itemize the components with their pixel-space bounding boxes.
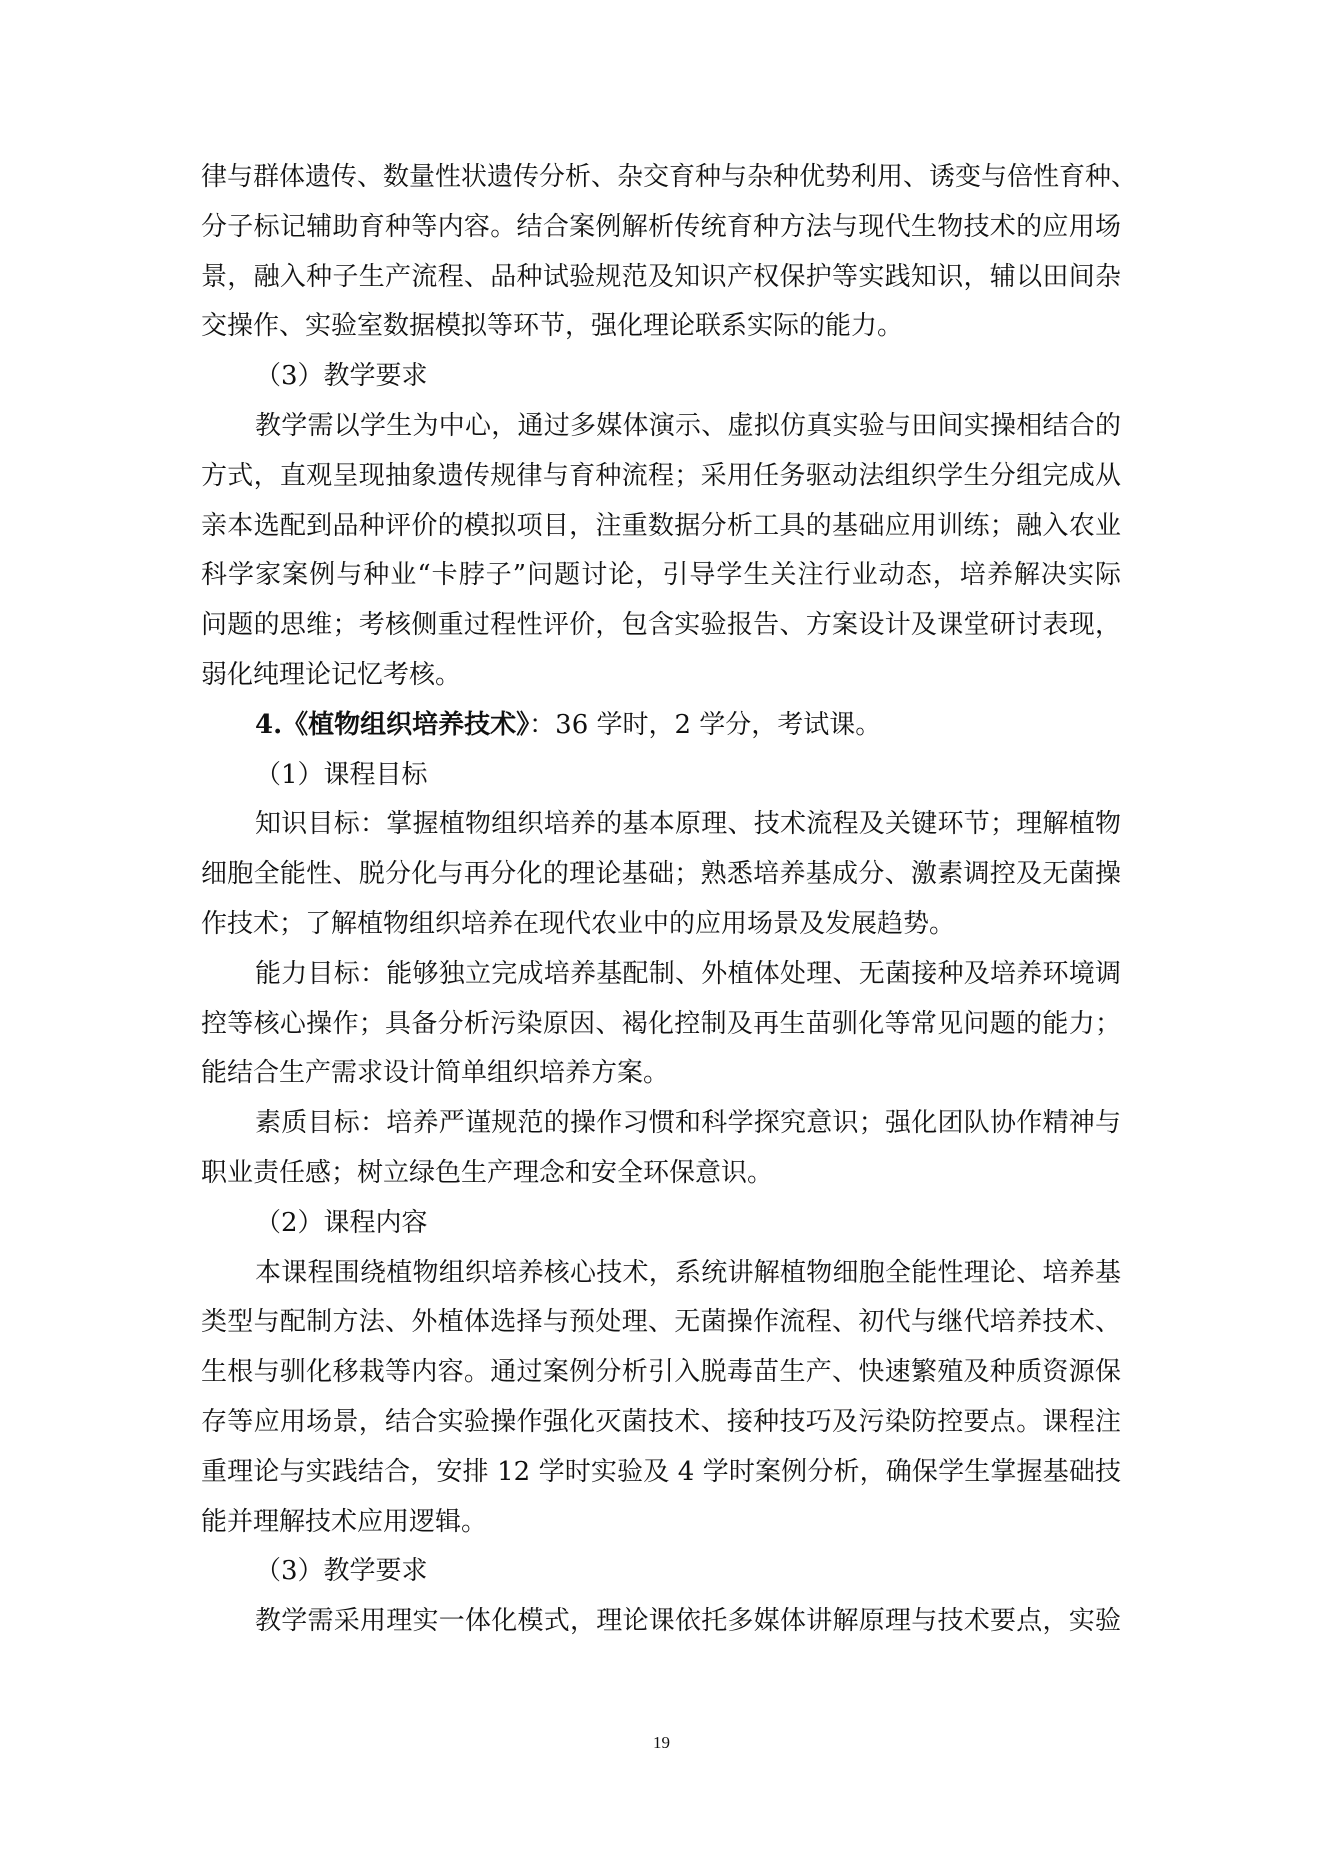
section-heading: （3）教学要求 <box>201 352 1121 402</box>
text-line: 控等核心操作；具备分析污染原因、褐化控制及再生苗驯化等常见问题的能力； <box>201 1000 1121 1050</box>
teaching-requirements-section-prev: （3）教学要求 教学需以学生为中心，通过多媒体演示、虚拟仿真实验与田间实操相结合… <box>201 352 1121 701</box>
text-line: 景，融入种子生产流程、品种试验规范及知识产权保护等实践知识，辅以田间杂 <box>201 253 1121 303</box>
text-line: 作技术；了解植物组织培养在现代农业中的应用场景及发展趋势。 <box>201 900 1121 950</box>
text-line: 教学需采用理实一体化模式，理论课依托多媒体讲解原理与技术要点，实验 <box>201 1597 1121 1647</box>
course-content-section: （2）课程内容 本课程围绕植物组织培养核心技术，系统讲解植物细胞全能性理论、培养… <box>201 1199 1121 1548</box>
teaching-requirements-section: （3）教学要求 教学需采用理实一体化模式，理论课依托多媒体讲解原理与技术要点，实… <box>201 1547 1121 1647</box>
page-number: 19 <box>0 1733 1323 1753</box>
course-title-name: 4.《植物组织培养技术》 <box>255 710 529 740</box>
course-title: 4.《植物组织培养技术》：36 学时，2 学分，考试课。 <box>201 701 1121 751</box>
section-heading: （3）教学要求 <box>201 1547 1121 1597</box>
text-line: 细胞全能性、脱分化与再分化的理论基础；熟悉培养基成分、激素调控及无菌操 <box>201 850 1121 900</box>
text-line: 存等应用场景，结合实验操作强化灭菌技术、接种技巧及污染防控要点。课程注 <box>201 1398 1121 1448</box>
document-page: 律与群体遗传、数量性状遗传分析、杂交育种与杂种优势利用、诱变与倍性育种、 分子标… <box>201 153 1121 1647</box>
text-line: 本课程围绕植物组织培养核心技术，系统讲解植物细胞全能性理论、培养基 <box>201 1249 1121 1299</box>
text-line: 能力目标：能够独立完成培养基配制、外植体处理、无菌接种及培养环境调 <box>201 950 1121 1000</box>
text-line: 类型与配制方法、外植体选择与预处理、无菌操作流程、初代与继代培养技术、 <box>201 1298 1121 1348</box>
text-line: 能结合生产需求设计简单组织培养方案。 <box>201 1049 1121 1099</box>
text-line: 素质目标：培养严谨规范的操作习惯和科学探究意识；强化团队协作精神与 <box>201 1099 1121 1149</box>
course-objectives-section: （1）课程目标 知识目标：掌握植物组织培养的基本原理、技术流程及关键环节；理解植… <box>201 751 1121 1199</box>
section-heading: （1）课程目标 <box>201 751 1121 801</box>
text-line: 职业责任感；树立绿色生产理念和安全环保意识。 <box>201 1149 1121 1199</box>
knowledge-objective: 知识目标：掌握植物组织培养的基本原理、技术流程及关键环节；理解植物 细胞全能性、… <box>201 800 1121 949</box>
text-line: 分子标记辅助育种等内容。结合案例解析传统育种方法与现代生物技术的应用场 <box>201 203 1121 253</box>
text-line: 交操作、实验室数据模拟等环节，强化理论联系实际的能力。 <box>201 302 1121 352</box>
text-line: 教学需以学生为中心，通过多媒体演示、虚拟仿真实验与田间实操相结合的 <box>201 402 1121 452</box>
text-line: 亲本选配到品种评价的模拟项目，注重数据分析工具的基础应用训练；融入农业 <box>201 502 1121 552</box>
text-line: 律与群体遗传、数量性状遗传分析、杂交育种与杂种优势利用、诱变与倍性育种、 <box>201 153 1121 203</box>
text-line: 科学家案例与种业“卡脖子”问题讨论，引导学生关注行业动态，培养解决实际 <box>201 551 1121 601</box>
section-heading: （2）课程内容 <box>201 1199 1121 1249</box>
text-line: 生根与驯化移栽等内容。通过案例分析引入脱毒苗生产、快速繁殖及种质资源保 <box>201 1348 1121 1398</box>
text-line: 问题的思维；考核侧重过程性评价，包含实验报告、方案设计及课堂研讨表现， <box>201 601 1121 651</box>
text-line: 重理论与实践结合，安排 12 学时实验及 4 学时案例分析，确保学生掌握基础技 <box>201 1448 1121 1498</box>
course-title-details: ：36 学时，2 学分，考试课。 <box>529 710 881 740</box>
text-line: 知识目标：掌握植物组织培养的基本原理、技术流程及关键环节；理解植物 <box>201 800 1121 850</box>
quality-objective: 素质目标：培养严谨规范的操作习惯和科学探究意识；强化团队协作精神与 职业责任感；… <box>201 1099 1121 1199</box>
text-line: 弱化纯理论记忆考核。 <box>201 651 1121 701</box>
text-line: 能并理解技术应用逻辑。 <box>201 1498 1121 1548</box>
ability-objective: 能力目标：能够独立完成培养基配制、外植体处理、无菌接种及培养环境调 控等核心操作… <box>201 950 1121 1099</box>
text-line: 方式，直观呈现抽象遗传规律与育种流程；采用任务驱动法组织学生分组完成从 <box>201 452 1121 502</box>
continued-paragraph: 律与群体遗传、数量性状遗传分析、杂交育种与杂种优势利用、诱变与倍性育种、 分子标… <box>201 153 1121 352</box>
